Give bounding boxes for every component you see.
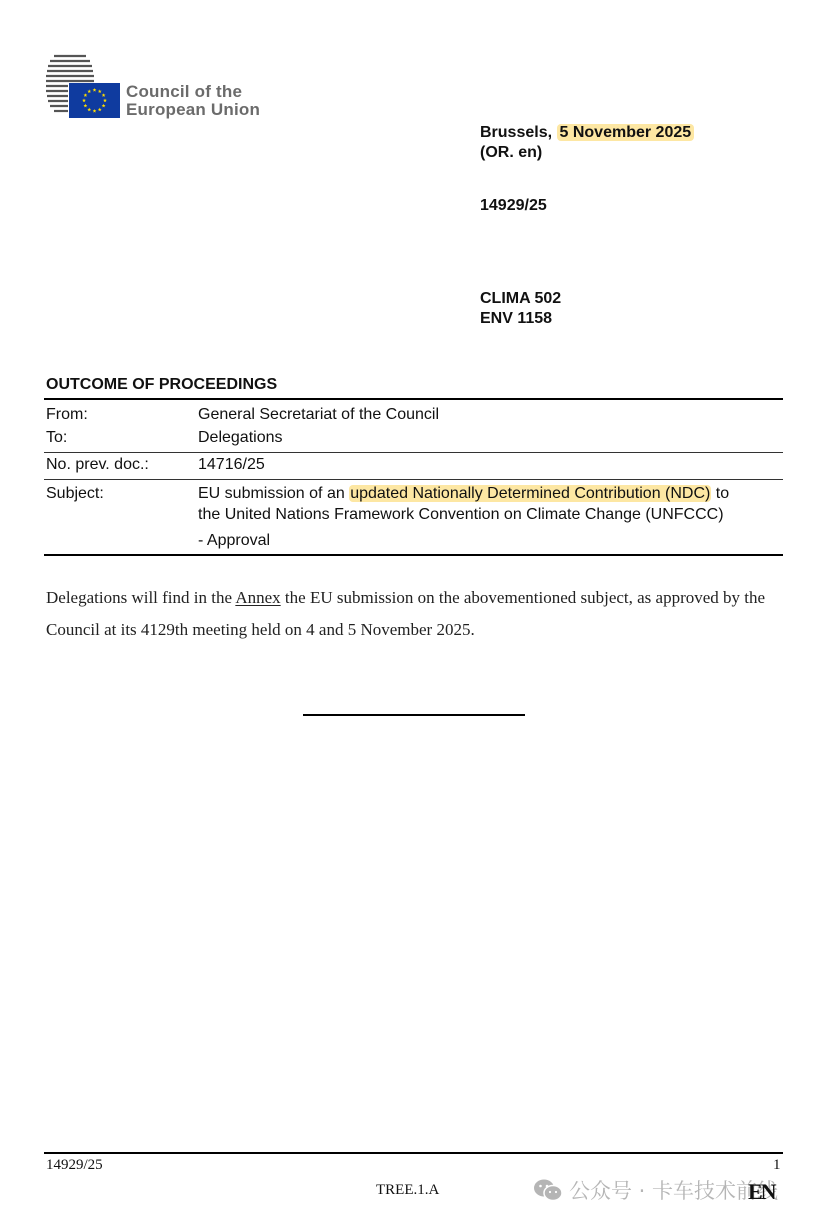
row-label: From:: [44, 404, 198, 426]
code-clima: CLIMA 502: [480, 289, 561, 309]
document-number: 14929/25: [480, 196, 547, 216]
subject-suffix: to: [711, 485, 729, 502]
subject-value: EU submission of an updated Nationally D…: [198, 483, 783, 551]
outcome-title: OUTCOME OF PROCEEDINGS: [46, 376, 277, 394]
body-paragraph: Delegations will find in the Annex the E…: [46, 582, 786, 646]
watermark-text: 公众号 · 卡车技术前线: [569, 1175, 778, 1205]
subject-prefix: EU submission of an: [198, 485, 349, 502]
original-language: (OR. en): [480, 143, 542, 163]
row-label: Subject:: [44, 483, 198, 551]
table-row-to: To: Delegations: [44, 426, 783, 452]
end-separator: [303, 714, 525, 716]
council-name-line2: European Union: [126, 101, 260, 119]
row-value: General Secretariat of the Council: [198, 404, 783, 426]
footer-doc-ref: 14929/25: [46, 1157, 103, 1174]
table-bottom-rule: [44, 554, 783, 556]
footer-rule: [44, 1152, 783, 1154]
council-name: Council of the European Union: [126, 83, 260, 119]
place: Brussels,: [480, 124, 552, 141]
subject-highlight: updated Nationally Determined Contributi…: [349, 485, 711, 502]
code-env: ENV 1158: [480, 309, 552, 329]
subject-line3: - Approval: [198, 530, 783, 551]
place-date: Brussels, 5 November 2025: [480, 123, 694, 143]
council-name-line1: Council of the: [126, 83, 260, 101]
table-row-from: From: General Secretariat of the Council: [44, 400, 783, 426]
body-text-1: Delegations will find in the: [46, 588, 235, 607]
footer-language: EN: [748, 1179, 775, 1205]
eu-flag-icon: [69, 83, 120, 118]
footer-unit: TREE.1.A: [376, 1182, 439, 1199]
watermark: 公众号 · 卡车技术前线: [533, 1175, 778, 1205]
row-label: To:: [44, 427, 198, 452]
annex-link[interactable]: Annex: [235, 588, 280, 607]
subject-line2: the United Nations Framework Convention …: [198, 504, 783, 525]
footer-page-number: 1: [773, 1157, 781, 1174]
row-value: 14716/25: [198, 454, 783, 479]
table-row-subject: Subject: EU submission of an updated Nat…: [44, 480, 783, 554]
wechat-icon: [533, 1178, 563, 1202]
row-label: No. prev. doc.:: [44, 454, 198, 479]
outcome-table: From: General Secretariat of the Council…: [44, 398, 783, 556]
row-value: Delegations: [198, 427, 783, 452]
council-logo: Council of the European Union: [44, 54, 284, 120]
table-row-prev-doc: No. prev. doc.: 14716/25: [44, 453, 783, 479]
date-highlight: 5 November 2025: [557, 124, 695, 141]
